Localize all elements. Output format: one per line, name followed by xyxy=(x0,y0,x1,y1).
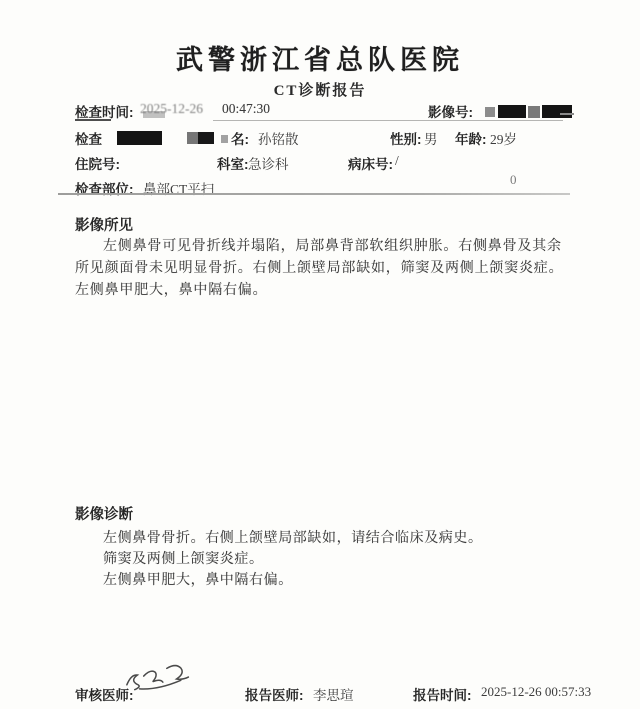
bed-number-label: 病床号: xyxy=(348,153,393,173)
diagnosis-line: 左侧鼻骨骨折。右侧上颌壁局部缺如，请结合临床及病史。 xyxy=(103,527,573,547)
section-divider xyxy=(58,193,570,195)
admission-number-label: 住院号: xyxy=(75,153,120,173)
age-value: 29岁 xyxy=(490,128,517,148)
redaction-bar xyxy=(528,106,540,118)
patient-name-label: 名: xyxy=(231,128,249,148)
exam-time-label: 检查时间: xyxy=(75,101,134,121)
scan-dash xyxy=(560,113,574,115)
diagnosis-line: 左侧鼻甲肥大，鼻中隔右偏。 xyxy=(103,569,573,589)
exam-number-label: 检查 xyxy=(75,128,102,148)
exam-time-date: 2025-12-26 xyxy=(140,101,203,117)
department-label: 科室: xyxy=(217,153,249,173)
reporter-doctor-label: 报告医师: xyxy=(245,684,304,704)
bed-number-value: / xyxy=(395,153,399,169)
diagnosis-line: 筛窦及两侧上颌窦炎症。 xyxy=(103,548,573,568)
findings-heading: 影像所见 xyxy=(75,214,133,235)
gender-label: 性别: xyxy=(390,128,422,148)
horizontal-rule xyxy=(213,120,563,121)
body-part-label: 检查部位: xyxy=(75,178,134,198)
patient-name-value: 孙铭散 xyxy=(258,128,299,148)
gender-value: 男 xyxy=(424,128,438,148)
age-label: 年龄: xyxy=(455,128,487,148)
redaction-mark xyxy=(485,107,495,117)
report-time-value: 2025-12-26 00:57:33 xyxy=(481,684,591,700)
redaction-bar xyxy=(498,105,526,118)
image-number-label: 影像号: xyxy=(428,101,473,121)
report-time-label: 报告时间: xyxy=(413,684,472,704)
reporter-doctor-name: 李思瑄 xyxy=(313,684,354,704)
diagnosis-heading: 影像诊断 xyxy=(75,503,133,524)
redaction-bar xyxy=(187,132,214,144)
department-value: 急诊科 xyxy=(248,153,289,173)
hospital-title: 武警浙江省总队医院 xyxy=(0,38,640,77)
redaction-bar xyxy=(542,105,572,118)
body-part-value: 鼻部CT平扫 xyxy=(143,178,214,198)
redaction-mark xyxy=(221,135,228,143)
label-underline xyxy=(75,119,111,121)
page-mark: 0 xyxy=(510,172,517,188)
redaction-bar xyxy=(117,131,162,145)
reviewer-signature xyxy=(118,660,196,694)
exam-time-clock: 00:47:30 xyxy=(222,101,270,117)
findings-text: 左侧鼻骨可见骨折线并塌陷，局部鼻背部软组织肿胀。右侧鼻骨及其余所见颜面骨未见明显… xyxy=(75,236,569,302)
report-page: 武警浙江省总队医院 CT诊断报告 检查时间: 2025-12-26 00:47:… xyxy=(0,0,640,709)
report-type-subtitle: CT诊断报告 xyxy=(0,79,640,100)
